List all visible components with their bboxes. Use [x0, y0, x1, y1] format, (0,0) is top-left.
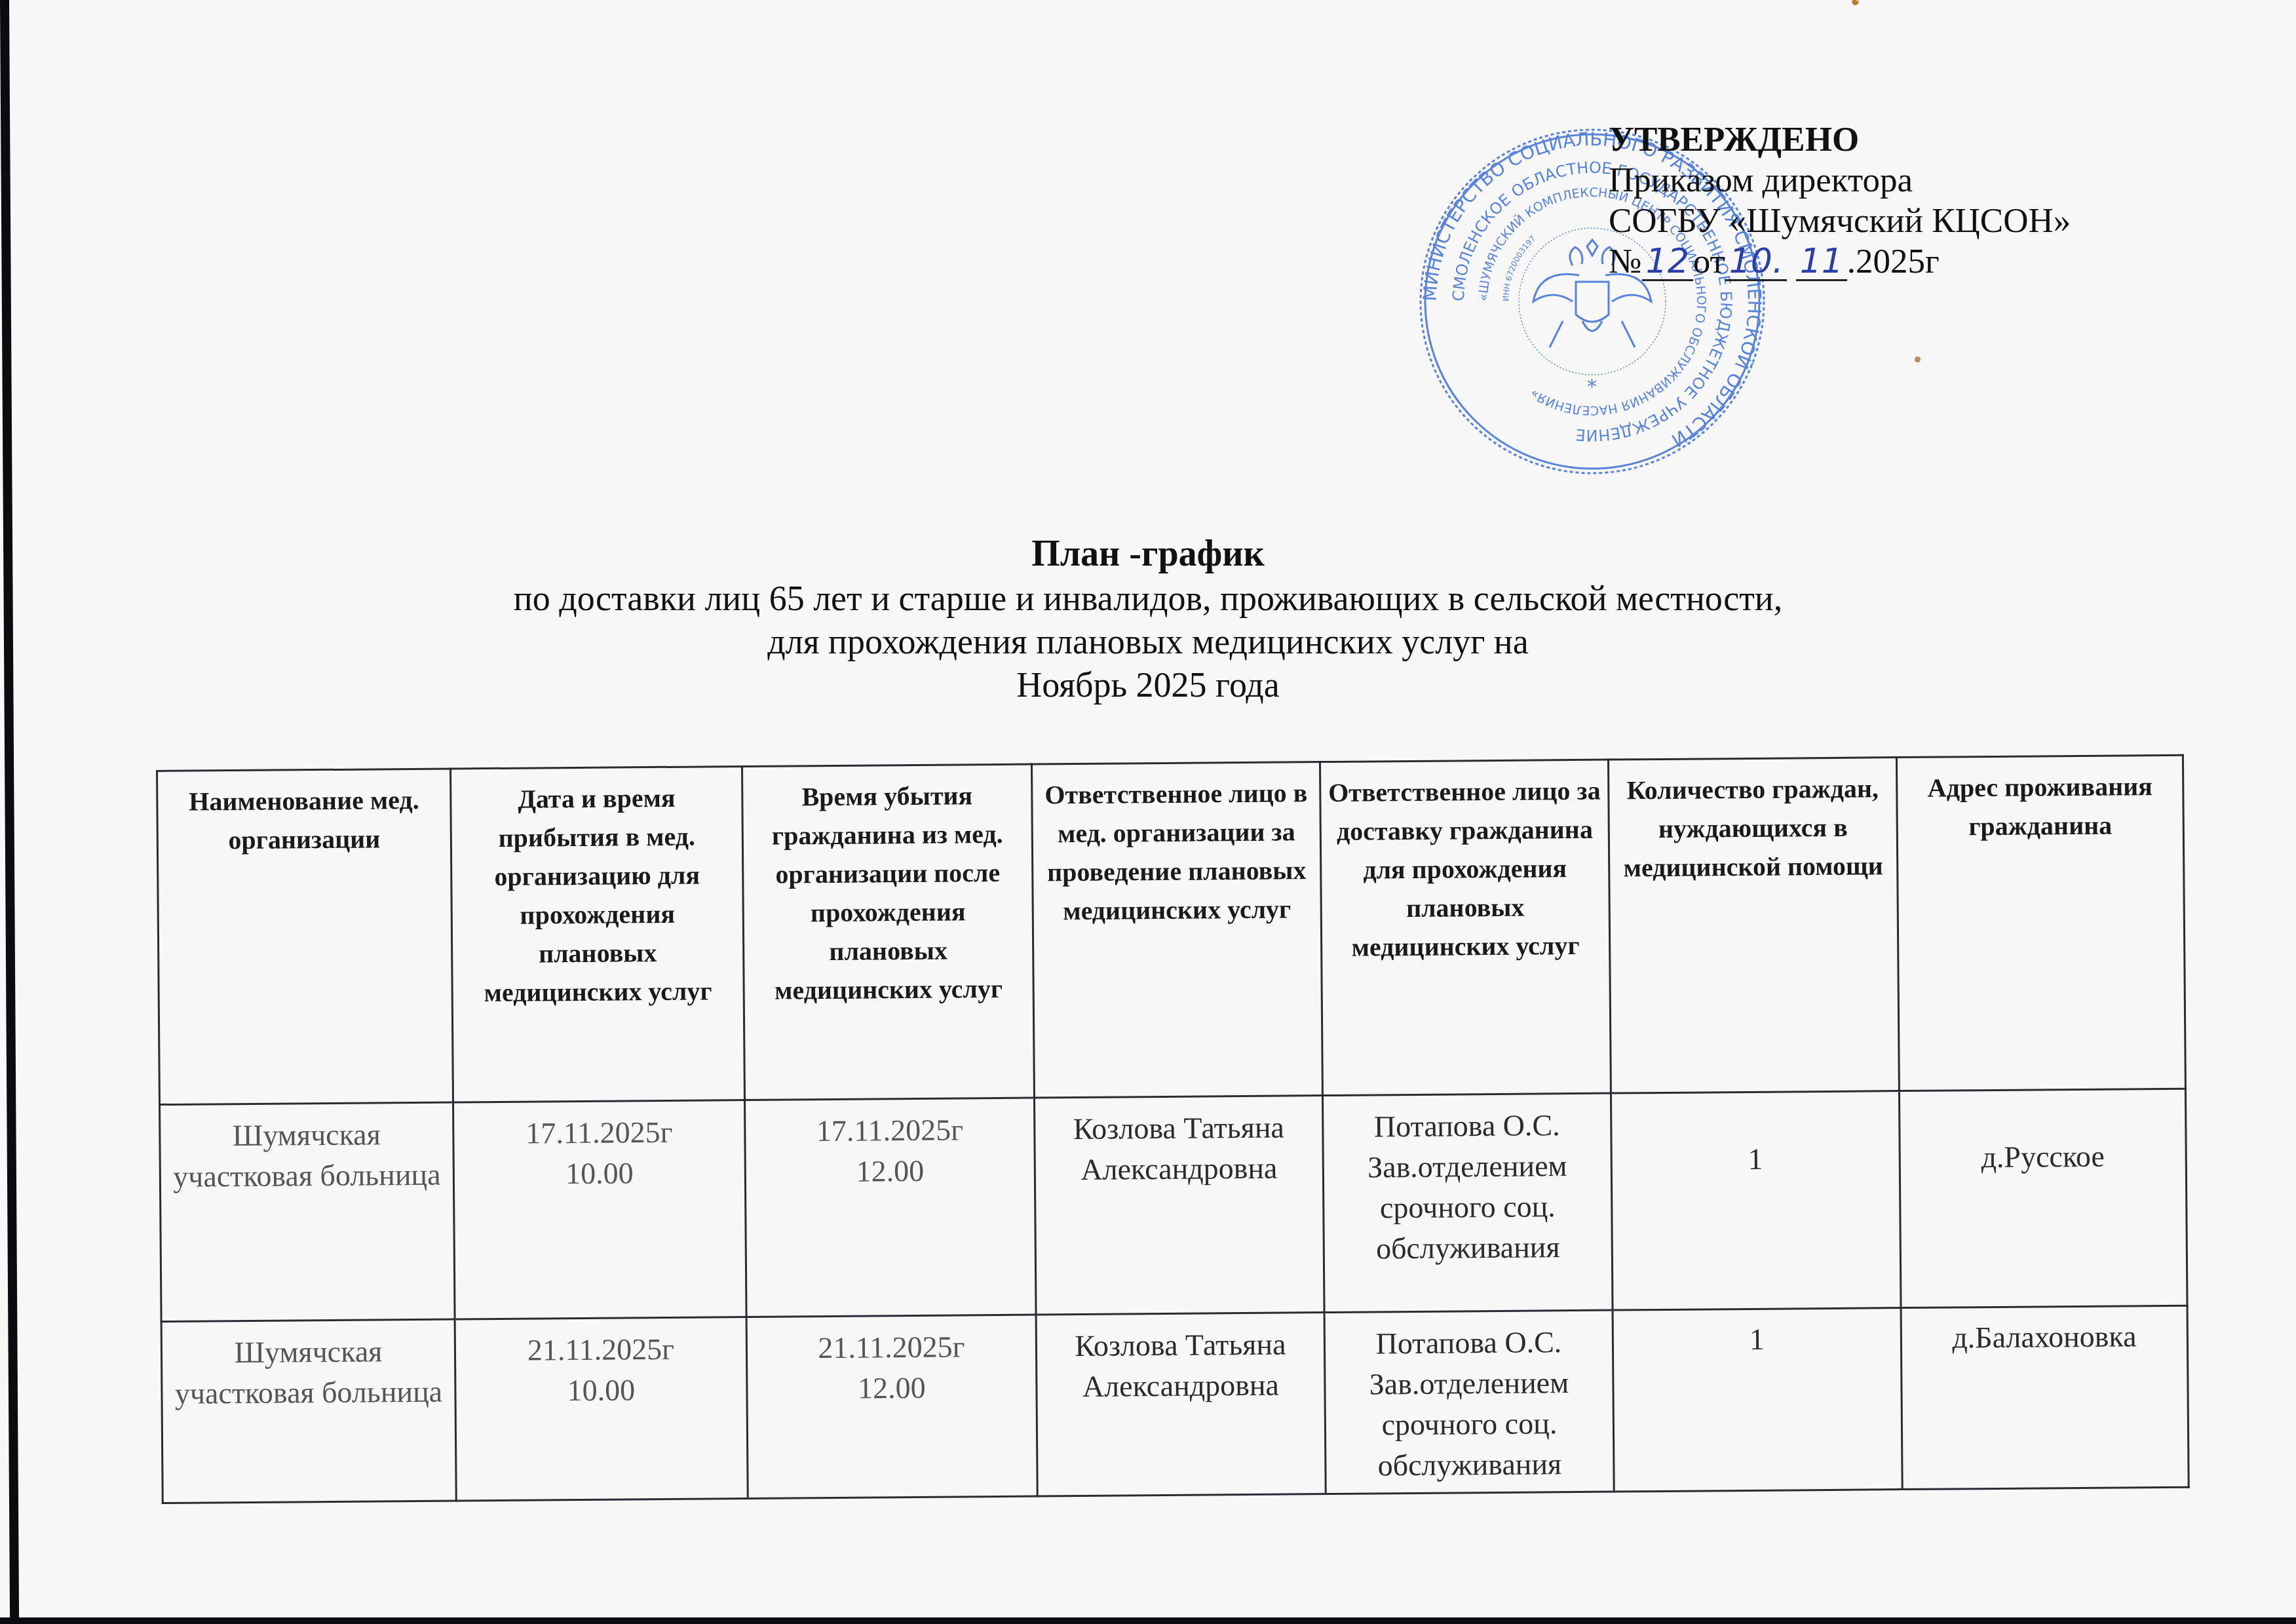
- cell-med-organization: Шумячская участковая больница: [161, 1319, 456, 1503]
- cell-arrival: 21.11.2025г10.00: [455, 1317, 748, 1500]
- cell-delivery-responsible: Потапова О.С. Зав.отделением срочного со…: [1324, 1310, 1614, 1494]
- document-subtitle-line-1: по доставки лиц 65 лет и старше и инвали…: [0, 577, 2296, 620]
- departure-time: 12.00: [752, 1150, 1029, 1193]
- schedule-table-wrapper: Наименование мед. организации Дата и вре…: [156, 754, 2188, 1504]
- order-number-handwritten: 12: [1642, 244, 1693, 281]
- pen-mark: [1851, 0, 1859, 6]
- arrival-date: 17.11.2025г: [459, 1112, 738, 1154]
- departure-time: 12.00: [753, 1367, 1030, 1410]
- arrival-time: 10.00: [460, 1152, 739, 1195]
- document-title: План -график: [0, 531, 2296, 577]
- approval-heading: УТВЕРЖДЕНО: [1609, 119, 2071, 160]
- table-row: Шумячская участковая больница 21.11.2025…: [161, 1305, 2189, 1503]
- cell-med-responsible: Козлова Татьяна Александровна: [1036, 1313, 1326, 1496]
- cell-delivery-responsible: Потапова О.С. Зав.отделением срочного со…: [1322, 1093, 1613, 1312]
- order-day-handwritten: 10.: [1725, 244, 1788, 281]
- svg-text:*: *: [1587, 376, 1597, 398]
- arrival-time: 10.00: [461, 1369, 740, 1412]
- cell-citizen-count: 1: [1613, 1308, 1902, 1492]
- departure-date: 21.11.2025г: [753, 1326, 1030, 1369]
- order-month-handwritten: 11: [1796, 244, 1847, 281]
- arrival-date: 21.11.2025г: [461, 1328, 740, 1371]
- departure-date: 17.11.2025г: [751, 1110, 1028, 1152]
- document-period: Ноябрь 2025 года: [0, 663, 2296, 706]
- approval-organization-line: СОГБУ «Шумячский КЦСОН»: [1609, 201, 2071, 241]
- header-address: Адрес проживания гражданина: [1896, 755, 2185, 1091]
- cell-address: д.Балахоновка: [1901, 1305, 2189, 1489]
- cell-departure: 17.11.2025г12.00: [744, 1098, 1036, 1317]
- schedule-table: Наименование мед. организации Дата и вре…: [156, 754, 2190, 1504]
- cell-address: д.Русское: [1899, 1089, 2187, 1307]
- header-arrival-datetime: Дата и время прибытия в мед. организацию…: [450, 766, 744, 1102]
- cell-departure: 21.11.2025г12.00: [746, 1315, 1037, 1498]
- header-med-responsible: Ответственное лицо в мед. организации за…: [1031, 762, 1322, 1098]
- cell-arrival: 17.11.2025г10.00: [453, 1100, 746, 1319]
- cell-citizen-count: 1: [1611, 1091, 1901, 1310]
- table-header-row: Наименование мед. организации Дата и вре…: [157, 755, 2186, 1104]
- scan-edge-bottom: [0, 1617, 2296, 1624]
- approval-order-line: Приказом директора: [1609, 160, 2071, 201]
- header-departure-time: Время убытия гражданина из мед. организа…: [742, 764, 1034, 1100]
- document-subtitle-line-2: для прохождения плановых медицинских усл…: [0, 620, 2296, 663]
- cell-med-organization: Шумячская участковая больница: [160, 1102, 455, 1322]
- table-row: Шумячская участковая больница 17.11.2025…: [160, 1089, 2188, 1321]
- header-citizen-count: Количество граждан, нуждающихся в медици…: [1608, 758, 1899, 1093]
- header-delivery-responsible: Ответственное лицо за доставку гражданин…: [1320, 760, 1611, 1095]
- ink-dot: [1915, 357, 1921, 362]
- document-title-block: План -график по доставки лиц 65 лет и ст…: [0, 531, 2296, 706]
- from-label: от: [1693, 242, 1725, 280]
- approval-number-line: №12от10. 11.2025г: [1609, 241, 2071, 282]
- order-year: .2025г: [1847, 242, 1940, 280]
- approval-block: УТВЕРЖДЕНО Приказом директора СОГБУ «Шум…: [1609, 119, 2071, 282]
- header-med-organization: Наименование мед. организации: [157, 769, 453, 1105]
- number-sign: №: [1609, 242, 1642, 280]
- cell-med-responsible: Козлова Татьяна Александровна: [1034, 1096, 1324, 1315]
- scan-edge-left: [0, 0, 19, 1624]
